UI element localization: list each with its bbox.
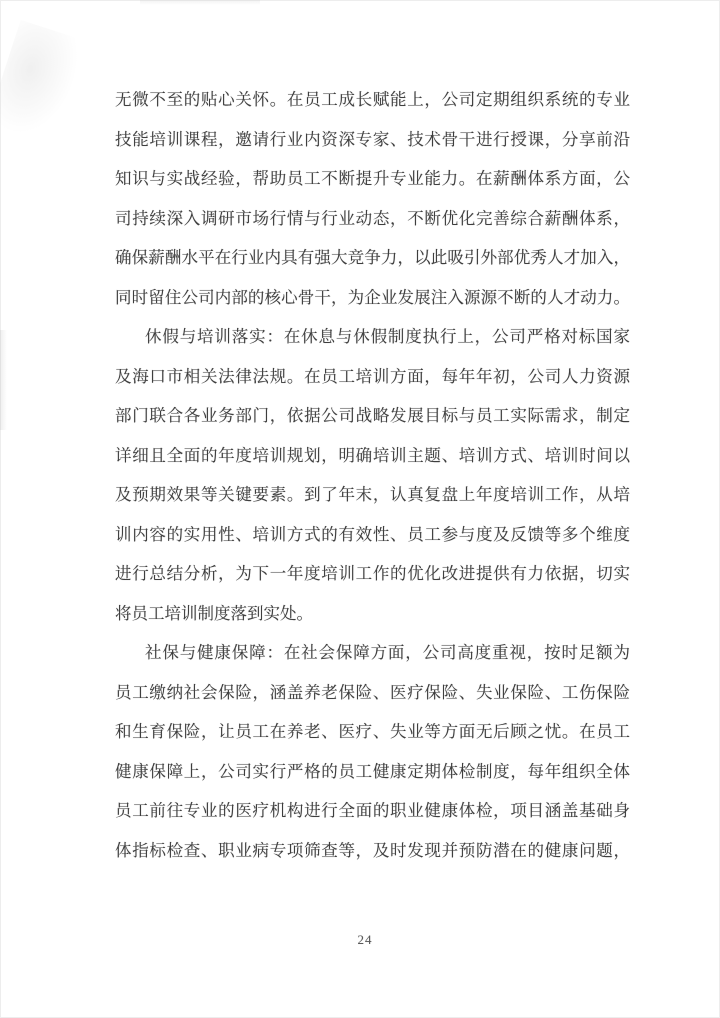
document-body: 无微不至的贴心关怀。在员工成长赋能上，公司定期组织系统的专业技能培训课程，邀请行… [115,80,630,870]
scan-artifact [0,330,7,430]
text-line: 员工缴纳社会保险，涵盖养老保险、医疗保险、失业保险、工伤保险 [115,673,630,713]
scan-artifact [140,0,260,5]
text-line: 部门联合各业务部门，依据公司战略发展目标与员工实际需求，制定 [115,396,630,436]
text-line: 及预期效果等关键要素。到了年末，认真复盘上年度培训工作，从培 [115,475,630,515]
text-line: 同时留住公司内部的核心骨干，为企业发展注入源源不断的人才动力。 [115,278,630,318]
document-page: 无微不至的贴心关怀。在员工成长赋能上，公司定期组织系统的专业技能培训课程，邀请行… [0,0,720,1018]
text-line: 休假与培训落实：在休息与休假制度执行上，公司严格对标国家 [115,317,630,357]
text-line: 技能培训课程，邀请行业内资深专家、技术骨干进行授课，分享前沿 [115,120,630,160]
text-line: 员工前往专业的医疗机构进行全面的职业健康体检，项目涵盖基础身 [115,791,630,831]
text-line: 详细且全面的年度培训规划，明确培训主题、培训方式、培训时间以 [115,436,630,476]
text-line: 无微不至的贴心关怀。在员工成长赋能上，公司定期组织系统的专业 [115,80,630,120]
text-line: 将员工培训制度落到实处。 [115,594,630,634]
scan-artifact [0,20,87,146]
text-line: 确保薪酬水平在行业内具有强大竞争力，以此吸引外部优秀人才加入， [115,238,630,278]
text-line: 训内容的实用性、培训方式的有效性、员工参与度及反馈等多个维度 [115,515,630,555]
paragraph: 无微不至的贴心关怀。在员工成长赋能上，公司定期组织系统的专业技能培训课程，邀请行… [115,80,630,317]
paragraph: 休假与培训落实：在休息与休假制度执行上，公司严格对标国家及海口市相关法律法规。在… [115,317,630,633]
paragraph: 社保与健康保障：在社会保障方面，公司高度重视，按时足额为员工缴纳社会保险，涵盖养… [115,633,630,870]
text-line: 体指标检查、职业病专项筛查等，及时发现并预防潜在的健康问题， [115,831,630,871]
text-line: 健康保障上，公司实行严格的员工健康定期体检制度，每年组织全体 [115,752,630,792]
text-line: 司持续深入调研市场行情与行业动态，不断优化完善综合薪酬体系， [115,199,630,239]
page-number: 24 [0,932,720,948]
text-line: 社保与健康保障：在社会保障方面，公司高度重视，按时足额为 [115,633,630,673]
text-line: 知识与实战经验，帮助员工不断提升专业能力。在薪酬体系方面，公 [115,159,630,199]
text-line: 和生育保险，让员工在养老、医疗、失业等方面无后顾之忧。在员工 [115,712,630,752]
text-line: 及海口市相关法律法规。在员工培训方面，每年年初，公司人力资源 [115,357,630,397]
text-line: 进行总结分析，为下一年度培训工作的优化改进提供有力依据，切实 [115,554,630,594]
